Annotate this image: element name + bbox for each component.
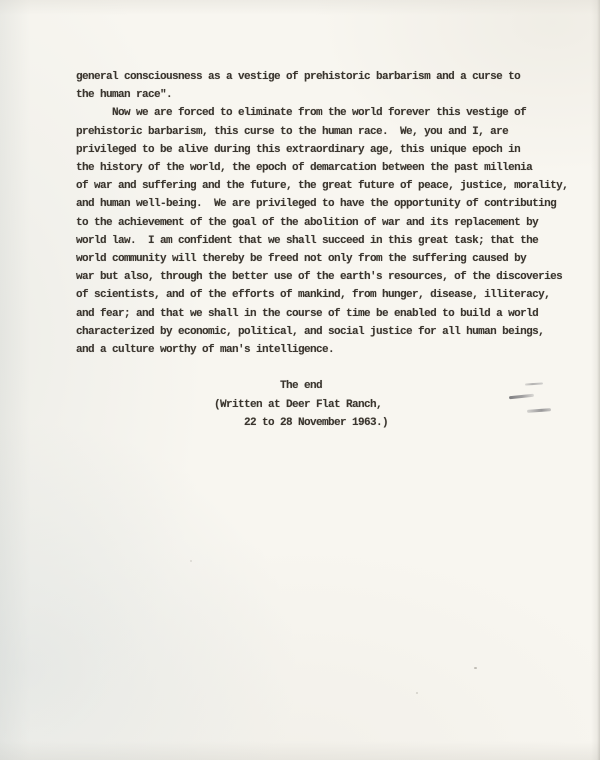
typescript-line: (Written at Deer Flat Ranch, (76, 396, 568, 414)
scanned-page: general consciousness as a vestige of pr… (0, 0, 600, 760)
typescript-line: The end (76, 377, 568, 395)
typescript-line: privileged to be alive during this extra… (76, 141, 568, 159)
paper-speck (416, 692, 418, 694)
typescript-line (76, 359, 568, 377)
typescript-line: Now we are forced to eliminate from the … (76, 104, 568, 122)
typescript-line: and fear; and that we shall in the cours… (76, 305, 568, 323)
typescript-line: world community will thereby be freed no… (76, 250, 568, 268)
typescript-line: 22 to 28 November 1963.) (76, 414, 568, 432)
typescript-line: general consciousness as a vestige of pr… (76, 68, 568, 86)
typescript-line: world law. I am confident that we shall … (76, 232, 568, 250)
typescript-line: the history of the world, the epoch of d… (76, 159, 568, 177)
typescript-line: of scientists, and of the efforts of man… (76, 286, 568, 304)
typescript-line: prehistoric barbarism, this curse to the… (76, 123, 568, 141)
typescript-line: characterized by economic, political, an… (76, 323, 568, 341)
paper-speck (190, 560, 192, 562)
typescript-line: and human well-being. We are privileged … (76, 195, 568, 213)
paper-speck (474, 667, 477, 669)
typescript-line: and a culture worthy of man's intelligen… (76, 341, 568, 359)
typescript-line: war but also, through the better use of … (76, 268, 568, 286)
typescript-line: the human race". (76, 86, 568, 104)
typescript-text-block: general consciousness as a vestige of pr… (76, 68, 568, 432)
typescript-line: of war and suffering and the future, the… (76, 177, 568, 195)
typescript-line: to the achievement of the goal of the ab… (76, 214, 568, 232)
